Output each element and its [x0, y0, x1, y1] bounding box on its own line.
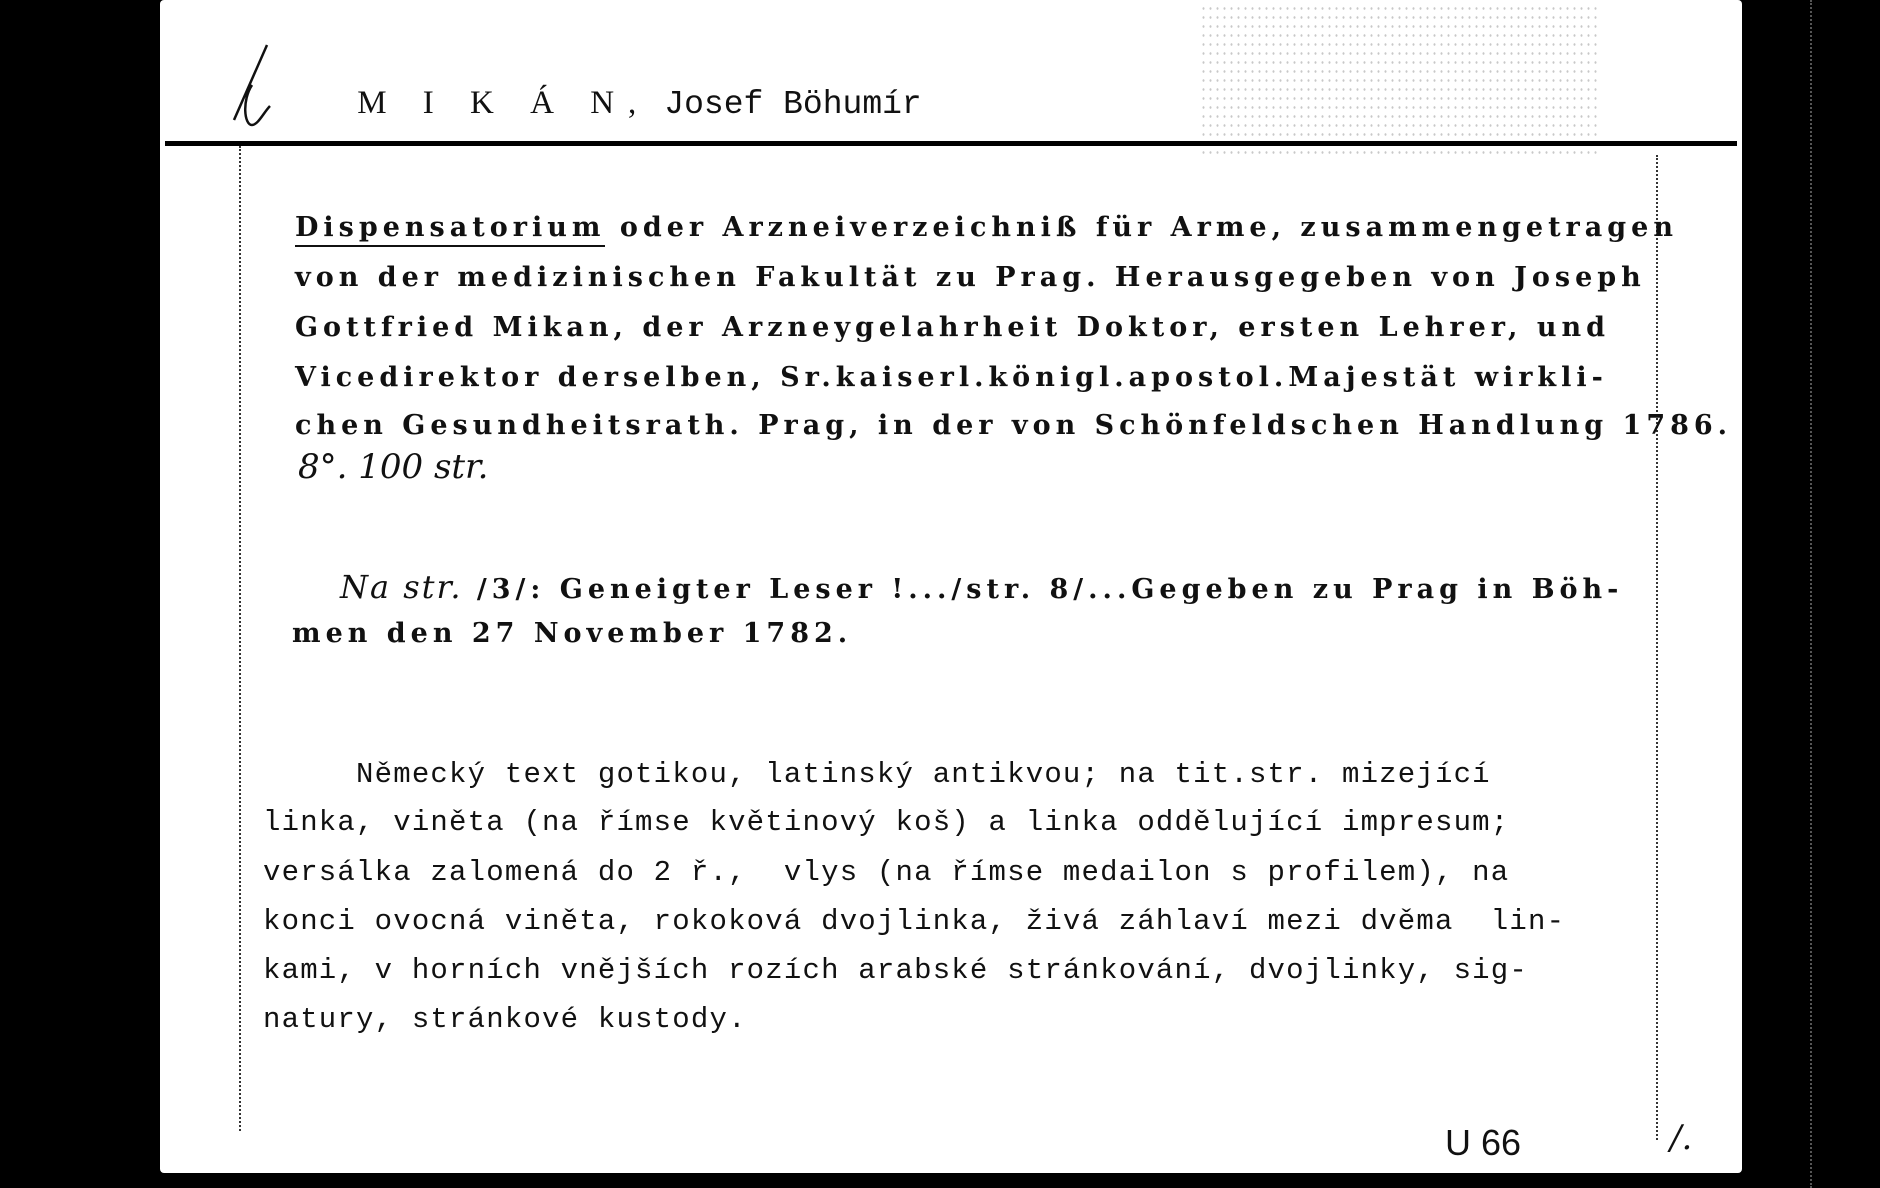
description-line-1: Německý text gotikou, latinský antikvou;… [263, 758, 1491, 791]
entry-line-1: Dispensatorium oder Arzneiverzeichniß fü… [295, 212, 1678, 243]
quotation-prefix: Na str. [340, 568, 462, 606]
description-line-5: kami, v horních vnějších rozích arabské … [263, 954, 1528, 987]
author-surname: M I K Á N, [357, 85, 650, 121]
corner-handwritten-mark: /. [1670, 1118, 1692, 1158]
collation-note: 8°. 100 str. [298, 447, 488, 487]
entry-line-3: Gottfried Mikan, der Arzneygelahrheit Do… [295, 312, 1610, 343]
description-line-3: versálka zalomená do 2 ř., vlys (na říms… [263, 856, 1509, 889]
faded-stamp [1200, 4, 1600, 154]
scan-edge-dots [1810, 0, 1812, 1188]
catalog-card: M I K Á N,Josef Böhumír Dispensatorium o… [160, 0, 1742, 1173]
handwritten-mark-icon [222, 40, 282, 130]
header-rule [165, 141, 1737, 146]
call-number: U 66 [1445, 1122, 1521, 1164]
left-margin-line [239, 146, 241, 1131]
right-margin-line [1656, 155, 1658, 1140]
entry-line-4: Vicedirektor derselben, Sr.kaiserl.könig… [295, 362, 1608, 393]
description-line-2: linka, viněta (na římse květinový koš) a… [263, 806, 1509, 839]
quotation-line-1: Na str. /3/: Geneigter Leser !.../str. 8… [340, 568, 1623, 606]
entry-line-2: von der medizinischen Fakultät zu Prag. … [295, 262, 1646, 293]
entry-line-5: chen Gesundheitsrath. Prag, in der von S… [295, 410, 1732, 441]
description-line-6: natury, stránkové kustody. [263, 1003, 747, 1036]
description-line-4: konci ovocná viněta, rokoková dvojlinka,… [263, 905, 1565, 938]
entry-title: Dispensatorium [295, 212, 605, 247]
author-given-names: Josef Böhumír [664, 86, 921, 123]
quotation-line-2: men den 27 November 1782. [292, 618, 852, 649]
